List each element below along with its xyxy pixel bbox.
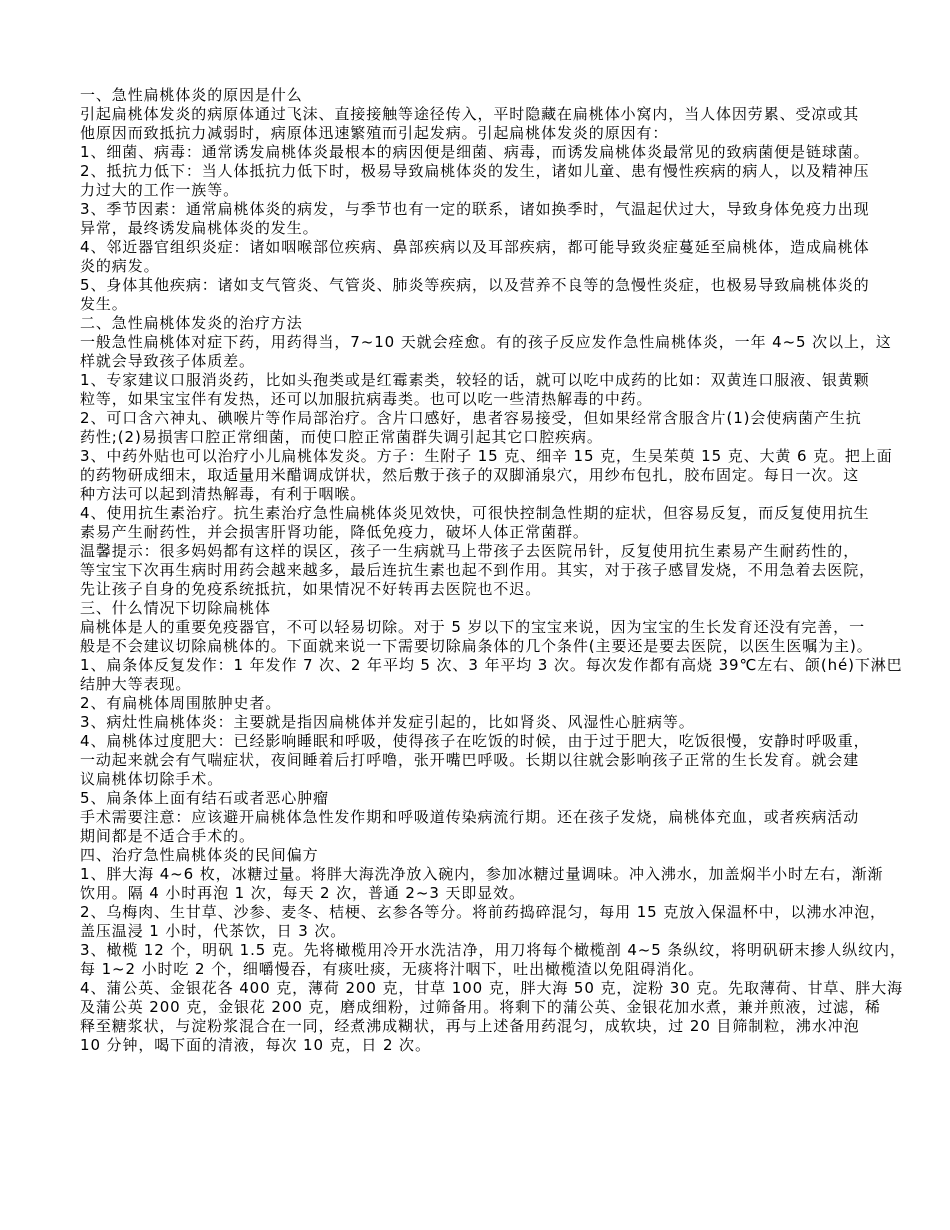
text-line: 及蒲公英 200 克，金银花 200 克，磨成细粉，过筛备用。将剩下的蒲公英、金… [80,998,910,1017]
text-line: 议扁桃体切除手术。 [80,770,910,789]
text-line: 温馨提示：很多妈妈都有这样的误区，孩子一生病就马上带孩子去医院吊针，反复使用抗生… [80,542,910,561]
section: 三、什么情况下切除扁桃体扁桃体是人的重要免疫器官，不可以轻易切除。对于 5 岁以… [80,599,910,846]
text-line: 1、专家建议口服消炎药，比如头孢类或是红霉素类，较轻的话，就可以吃中成药的比如：… [80,371,910,390]
text-line: 5、身体其他疾病：诸如支气管炎、气管炎、肺炎等疾病，以及营养不良等的急慢性炎症，… [80,276,910,295]
text-line: 3、橄榄 12 个，明矾 1.5 克。先将橄榄用冷开水洗洁净，用刀将每个橄榄剖 … [80,941,910,960]
text-line: 2、有扁桃体周围脓肿史者。 [80,694,910,713]
text-line: 1、胖大海 4~6 枚，冰糖过量。将胖大海洗净放入碗内，参加冰糖过量调味。冲入沸… [80,865,910,884]
text-line: 盖压温浸 1 小时，代茶饮，日 3 次。 [80,922,910,941]
text-line: 发生。 [80,295,910,314]
section: 一、急性扁桃体炎的原因是什么引起扁桃体发炎的病原体通过飞沫、直接接触等途径传入，… [80,86,910,314]
text-line: 2、抵抗力低下：当人体抵抗力低下时，极易导致扁桃体炎的发生，诸如儿童、患有慢性疾… [80,162,910,181]
text-line: 3、病灶性扁桃体炎：主要就是指因扁桃体并发症引起的，比如肾炎、风湿性心脏病等。 [80,713,910,732]
text-line: 先让孩子自身的免疫系统抵抗，如果情况不好转再去医院也不迟。 [80,580,910,599]
text-line: 药性;(2)易损害口腔正常细菌，而使口腔正常菌群失调引起其它口腔疾病。 [80,428,910,447]
article-body: 一、急性扁桃体炎的原因是什么引起扁桃体发炎的病原体通过飞沫、直接接触等途径传入，… [80,86,910,1055]
text-line: 1、扁条体反复发作：1 年发作 7 次、2 年平均 5 次、3 年平均 3 次。… [80,656,910,675]
section: 二、急性扁桃体发炎的治疗方法一般急性扁桃体对症下药，用药得当，7~10 天就会痊… [80,314,910,599]
text-line: 力过大的工作一族等。 [80,181,910,200]
text-line: 3、季节因素：通常扁桃体炎的病发，与季节也有一定的联系，诸如换季时，气温起伏过大… [80,200,910,219]
text-line: 10 分钟，喝下面的清液，每次 10 克，日 2 次。 [80,1036,910,1055]
text-line: 2、可口含六神丸、碘喉片等作局部治疗。含片口感好，患者容易接受，但如果经常含服含… [80,409,910,428]
text-line: 种方法可以起到清热解毒，有利于咽喉。 [80,485,910,504]
text-line: 粒等，如果宝宝伴有发热，还可以加服抗病毒类。也可以吃一些清热解毒的中药。 [80,390,910,409]
text-line: 扁桃体是人的重要免疫器官，不可以轻易切除。对于 5 岁以下的宝宝来说，因为宝宝的… [80,618,910,637]
text-line: 4、蒲公英、金银花各 400 克，薄荷 200 克，甘草 100 克，胖大海 5… [80,979,910,998]
text-line: 般是不会建议切除扁桃体的。下面就来说一下需要切除扁条体的几个条件(主要还是要去医… [80,637,910,656]
section: 四、治疗急性扁桃体炎的民间偏方1、胖大海 4~6 枚，冰糖过量。将胖大海洗净放入… [80,846,910,1055]
text-line: 饮用。隔 4 小时再泡 1 次，每天 2 次，普通 2~3 天即显效。 [80,884,910,903]
text-line: 手术需要注意：应该避开扁桃体急性发作期和呼吸道传染病流行期。还在孩子发烧，扁桃体… [80,808,910,827]
text-line: 引起扁桃体发炎的病原体通过飞沫、直接接触等途径传入，平时隐藏在扁桃体小窝内，当人… [80,105,910,124]
text-line: 异常，最终诱发扁桃体炎的发生。 [80,219,910,238]
text-line: 4、使用抗生素治疗。抗生素治疗急性扁桃体炎见效快，可很快控制急性期的症状，但容易… [80,504,910,523]
text-line: 一动起来就会有气喘症状，夜间睡着后打呼噜，张开嘴巴呼吸。长期以往就会影响孩子正常… [80,751,910,770]
text-line: 素易产生耐药性，并会损害肝肾功能，降低免疫力，破坏人体正常菌群。 [80,523,910,542]
text-line: 样就会导致孩子体质差。 [80,352,910,371]
text-line: 4、邻近器官组织炎症：诸如咽喉部位疾病、鼻部疾病以及耳部疾病，都可能导致炎症蔓延… [80,238,910,257]
text-line: 期间都是不适合手术的。 [80,827,910,846]
text-line: 他原因而致抵抗力减弱时，病原体迅速繁殖而引起发病。引起扁桃体发炎的原因有： [80,124,910,143]
text-line: 释至糖浆状，与淀粉浆混合在一同，经煮沸成糊状，再与上述备用药混匀，成软块，过 2… [80,1017,910,1036]
document-page: 一、急性扁桃体炎的原因是什么引起扁桃体发炎的病原体通过飞沫、直接接触等途径传入，… [80,86,910,1055]
text-line: 一般急性扁桃体对症下药，用药得当，7~10 天就会痊愈。有的孩子反应发作急性扁桃… [80,333,910,352]
text-line: 4、扁桃体过度肥大：已经影响睡眠和呼吸，使得孩子在吃饭的时候，由于过于肥大，吃饭… [80,732,910,751]
section-heading: 二、急性扁桃体发炎的治疗方法 [80,314,910,333]
text-line: 炎的病发。 [80,257,910,276]
section-heading: 三、什么情况下切除扁桃体 [80,599,910,618]
text-line: 每 1~2 小时吃 2 个，细嚼慢吞，有痰吐痰，无痰将汁咽下，吐出橄榄渣以免阻碍… [80,960,910,979]
section-heading: 四、治疗急性扁桃体炎的民间偏方 [80,846,910,865]
text-line: 结肿大等表现。 [80,675,910,694]
section-heading: 一、急性扁桃体炎的原因是什么 [80,86,910,105]
text-line: 1、细菌、病毒：通常诱发扁桃体炎最根本的病因便是细菌、病毒，而诱发扁桃体炎最常见… [80,143,910,162]
text-line: 等宝宝下次再生病时用药会越来越多，最后连抗生素也起不到作用。其实，对于孩子感冒发… [80,561,910,580]
text-line: 3、中药外贴也可以治疗小儿扁桃体发炎。方子：生附子 15 克、细辛 15 克，生… [80,447,910,466]
text-line: 的药物研成细末，取适量用米醋调成饼状，然后敷于孩子的双脚涌泉穴，用纱布包扎，胶布… [80,466,910,485]
text-line: 2、乌梅肉、生甘草、沙参、麦冬、桔梗、玄参各等分。将前药捣碎混匀，每用 15 克… [80,903,910,922]
text-line: 5、扁条体上面有结石或者恶心肿瘤 [80,789,910,808]
